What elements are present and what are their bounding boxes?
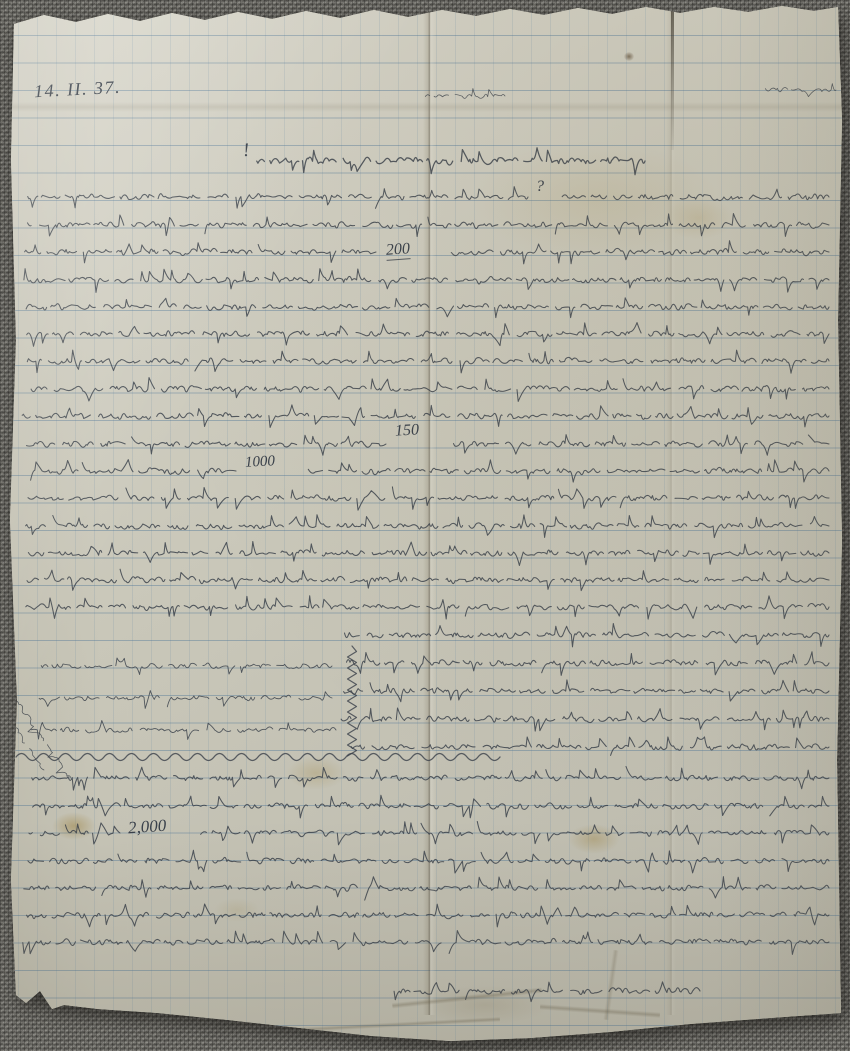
amount-200: 200 — [385, 241, 410, 261]
handwriting-stroke — [344, 680, 830, 702]
handwriting-stroke — [341, 708, 829, 731]
handwriting-stroke — [25, 241, 829, 264]
handwriting-stroke — [28, 487, 829, 510]
handwriting-stroke — [28, 214, 830, 237]
handwriting-stroke — [24, 767, 830, 791]
handwriting-stroke — [761, 84, 836, 97]
handwriting-stroke — [16, 754, 500, 761]
handwriting-stroke — [26, 298, 829, 318]
handwriting-stroke — [425, 89, 505, 99]
photo-of-letter: 14. II. 37. ! ? 200 150 1000 2,000 — [0, 0, 850, 1051]
handwriting-stroke — [347, 652, 830, 676]
handwriting-stroke — [25, 795, 829, 818]
handwriting-stroke — [351, 737, 829, 756]
paper-shadow: 14. II. 37. ! ? 200 150 1000 2,000 — [0, 0, 850, 1051]
handwriting-stroke — [31, 721, 336, 740]
handwriting-stroke — [28, 850, 829, 873]
letter-date: 14. II. 37. — [34, 78, 122, 101]
amount-150: 150 — [395, 422, 420, 439]
handwriting-stroke — [28, 542, 829, 566]
question-mark: ? — [536, 179, 544, 195]
handwriting-stroke — [27, 460, 829, 483]
handwriting-stroke — [39, 691, 332, 709]
handwriting-stroke — [394, 982, 700, 1002]
letter-paper: 14. II. 37. ! ? 200 150 1000 2,000 — [0, 0, 850, 1051]
handwriting-stroke — [22, 405, 829, 428]
handwriting-stroke — [26, 515, 829, 538]
handwriting-stroke — [257, 148, 645, 175]
handwriting-stroke — [345, 624, 830, 647]
handwriting-stroke — [24, 269, 829, 293]
handwriting-stroke — [27, 435, 830, 456]
handwriting-stroke — [28, 187, 829, 209]
handwriting-stroke — [27, 350, 829, 373]
amount-2000: 2,000 — [127, 817, 166, 837]
handwriting-stroke — [26, 378, 829, 402]
handwriting-stroke — [27, 904, 829, 927]
amount-1000: 1000 — [245, 454, 276, 471]
handwriting-stroke — [23, 931, 829, 955]
handwriting-stroke — [348, 646, 357, 756]
handwriting-stroke — [26, 596, 829, 619]
handwriting-stroke — [41, 658, 332, 675]
handwriting-stroke — [24, 877, 829, 900]
handwriting-stroke — [20, 323, 829, 347]
handwriting-layer — [0, 0, 850, 1051]
handwriting-stroke — [27, 569, 829, 590]
